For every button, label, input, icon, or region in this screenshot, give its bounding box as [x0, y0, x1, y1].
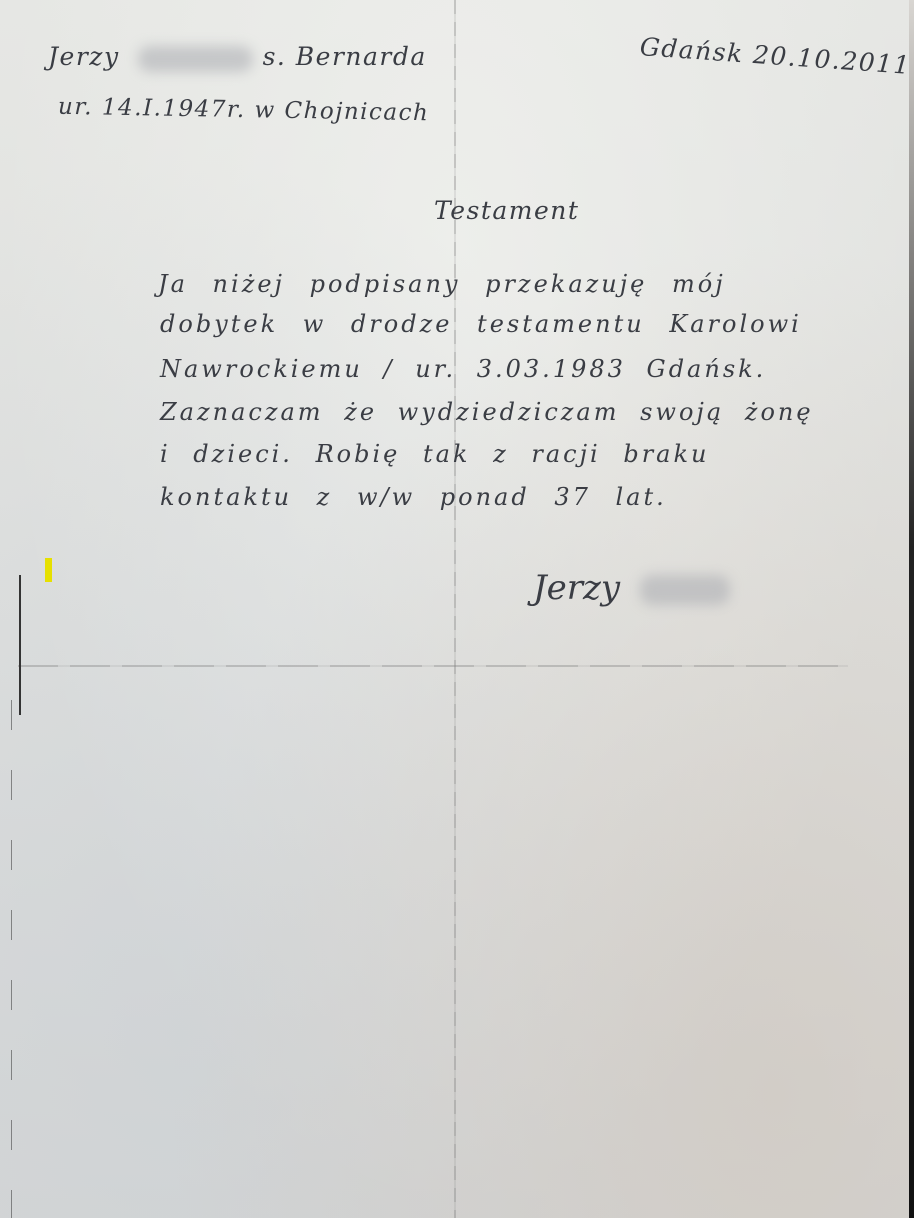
author-first-name: Jerzy	[48, 42, 120, 71]
birth-line: ur. 14.I.1947r. w Chojnicach	[58, 94, 430, 126]
place-and-date: Gdańsk 20.10.2011r.	[639, 32, 914, 81]
signature-first-name: Jerzy	[533, 568, 620, 608]
author-line: Jerzys. Bernarda	[48, 42, 427, 72]
body-line: Nawrockiemu / ur. 3.03.1983 Gdańsk.	[160, 355, 766, 383]
body-line: Ja niżej podpisany przekazuję mój	[158, 270, 726, 298]
document-paper: Jerzys. Bernarda Gdańsk 20.10.2011r. ur.…	[0, 0, 910, 1218]
horizontal-fold-crease	[18, 665, 848, 667]
document-title: Testament	[434, 196, 579, 225]
redacted-signature-surname	[640, 575, 730, 605]
body-line: dobytek w drodze testamentu Karolowi	[160, 310, 802, 338]
margin-edge-line	[19, 575, 21, 715]
author-patronymic: s. Bernarda	[263, 42, 427, 71]
body-line: kontaktu z w/w ponad 37 lat.	[160, 483, 667, 511]
photo-right-edge	[909, 0, 914, 1218]
margin-edge-line-faint	[11, 700, 12, 1218]
body-line: i dzieci. Robię tak z racji braku	[160, 440, 709, 468]
redacted-surname	[138, 46, 253, 72]
body-line: Zaznaczam że wydziedziczam swoją żonę	[160, 398, 814, 426]
vertical-fold-crease	[454, 0, 456, 1218]
yellow-highlight-mark	[45, 558, 52, 582]
signature: Jerzy	[533, 568, 730, 608]
